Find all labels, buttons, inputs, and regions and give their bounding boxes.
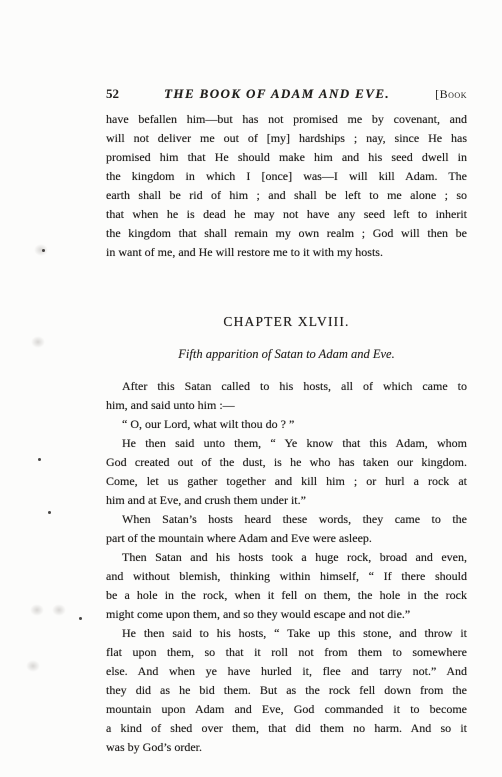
text-line: have befallen him—but has not promised m… — [106, 110, 467, 129]
text-line: the kingdom that shall remain my own rea… — [106, 224, 467, 243]
text-line: He then said unto them, “ Ye know that t… — [106, 434, 467, 453]
text-line: will not deliver me out of [my] hardship… — [106, 129, 467, 148]
text-line: He then said to his hosts, “ Take up thi… — [106, 624, 467, 643]
scan-smudge — [34, 244, 48, 256]
chapter-heading: CHAPTER XLVIII. — [106, 312, 467, 331]
page-body: have befallen him—but has not promised m… — [106, 110, 467, 757]
scan-speck — [38, 458, 41, 461]
scan-smudge — [52, 604, 66, 616]
text-line: promised him that He should make him and… — [106, 148, 467, 167]
continuation-paragraph-slot: have befallen him—but has not promised m… — [106, 110, 467, 262]
scan-speck — [48, 511, 51, 514]
text-line: him, and said unto him :— — [106, 396, 467, 415]
text-line: “ O, our Lord, what wilt thou do ? ” — [106, 415, 467, 434]
page-number: 52 — [106, 86, 119, 102]
scan-speck — [79, 617, 82, 620]
book-page: 52 THE BOOK OF ADAM AND EVE. [Book have … — [0, 0, 502, 777]
paragraph: After this Satan called to his hosts, al… — [106, 377, 467, 415]
paragraph: “ O, our Lord, what wilt thou do ? ” — [106, 415, 467, 434]
text-line: Then Satan and his hosts took a huge roc… — [106, 548, 467, 567]
text-line: flat upon them, so that it roll not from… — [106, 643, 467, 662]
text-line: might come upon them, and so they would … — [106, 605, 467, 624]
scan-smudge — [30, 604, 44, 616]
text-line: him and at Eve, and crush them under it.… — [106, 491, 467, 510]
scan-smudge — [26, 660, 40, 672]
text-line: was by God’s order. — [106, 738, 467, 757]
paragraph: have befallen him—but has not promised m… — [106, 110, 467, 262]
text-line: mountain upon Adam and Eve, God commande… — [106, 700, 467, 719]
text-line: part of the mountain where Adam and Eve … — [106, 529, 467, 548]
text-line: they did as he bid them. But as the rock… — [106, 681, 467, 700]
text-line: the kingdom in which I [once] was—I will… — [106, 167, 467, 186]
text-line: When Satan’s hosts heard these words, th… — [106, 510, 467, 529]
text-line: in want of me, and He will restore me to… — [106, 243, 467, 262]
chapter-subtitle: Fifth apparition of Satan to Adam and Ev… — [106, 345, 467, 364]
text-line: be a hole in the rock, when it fell on t… — [106, 586, 467, 605]
paragraph: He then said unto them, “ Ye know that t… — [106, 434, 467, 510]
text-line: After this Satan called to his hosts, al… — [106, 377, 467, 396]
text-line: God created out of the dust, is he who h… — [106, 453, 467, 472]
running-header: 52 THE BOOK OF ADAM AND EVE. [Book — [106, 86, 467, 107]
text-line: else. And when ye have hurled it, flee a… — [106, 662, 467, 681]
paragraph: When Satan’s hosts heard these words, th… — [106, 510, 467, 548]
paragraph: Then Satan and his hosts took a huge roc… — [106, 548, 467, 624]
scan-smudge — [31, 336, 45, 348]
scan-speck — [42, 249, 45, 252]
text-line: that when he is dead he may not have any… — [106, 205, 467, 224]
paragraph: He then said to his hosts, “ Take up thi… — [106, 624, 467, 757]
text-line: earth shall be rid of him ; and shall be… — [106, 186, 467, 205]
running-title: THE BOOK OF ADAM AND EVE. — [119, 86, 435, 102]
header-section-marker: [Book — [435, 87, 467, 102]
text-line: Come, let us gather together and kill hi… — [106, 472, 467, 491]
text-line: a kind of shed over them, that did them … — [106, 719, 467, 738]
text-line: and without blemish, thinking within him… — [106, 567, 467, 586]
chapter-paragraphs-slot: After this Satan called to his hosts, al… — [106, 377, 467, 757]
